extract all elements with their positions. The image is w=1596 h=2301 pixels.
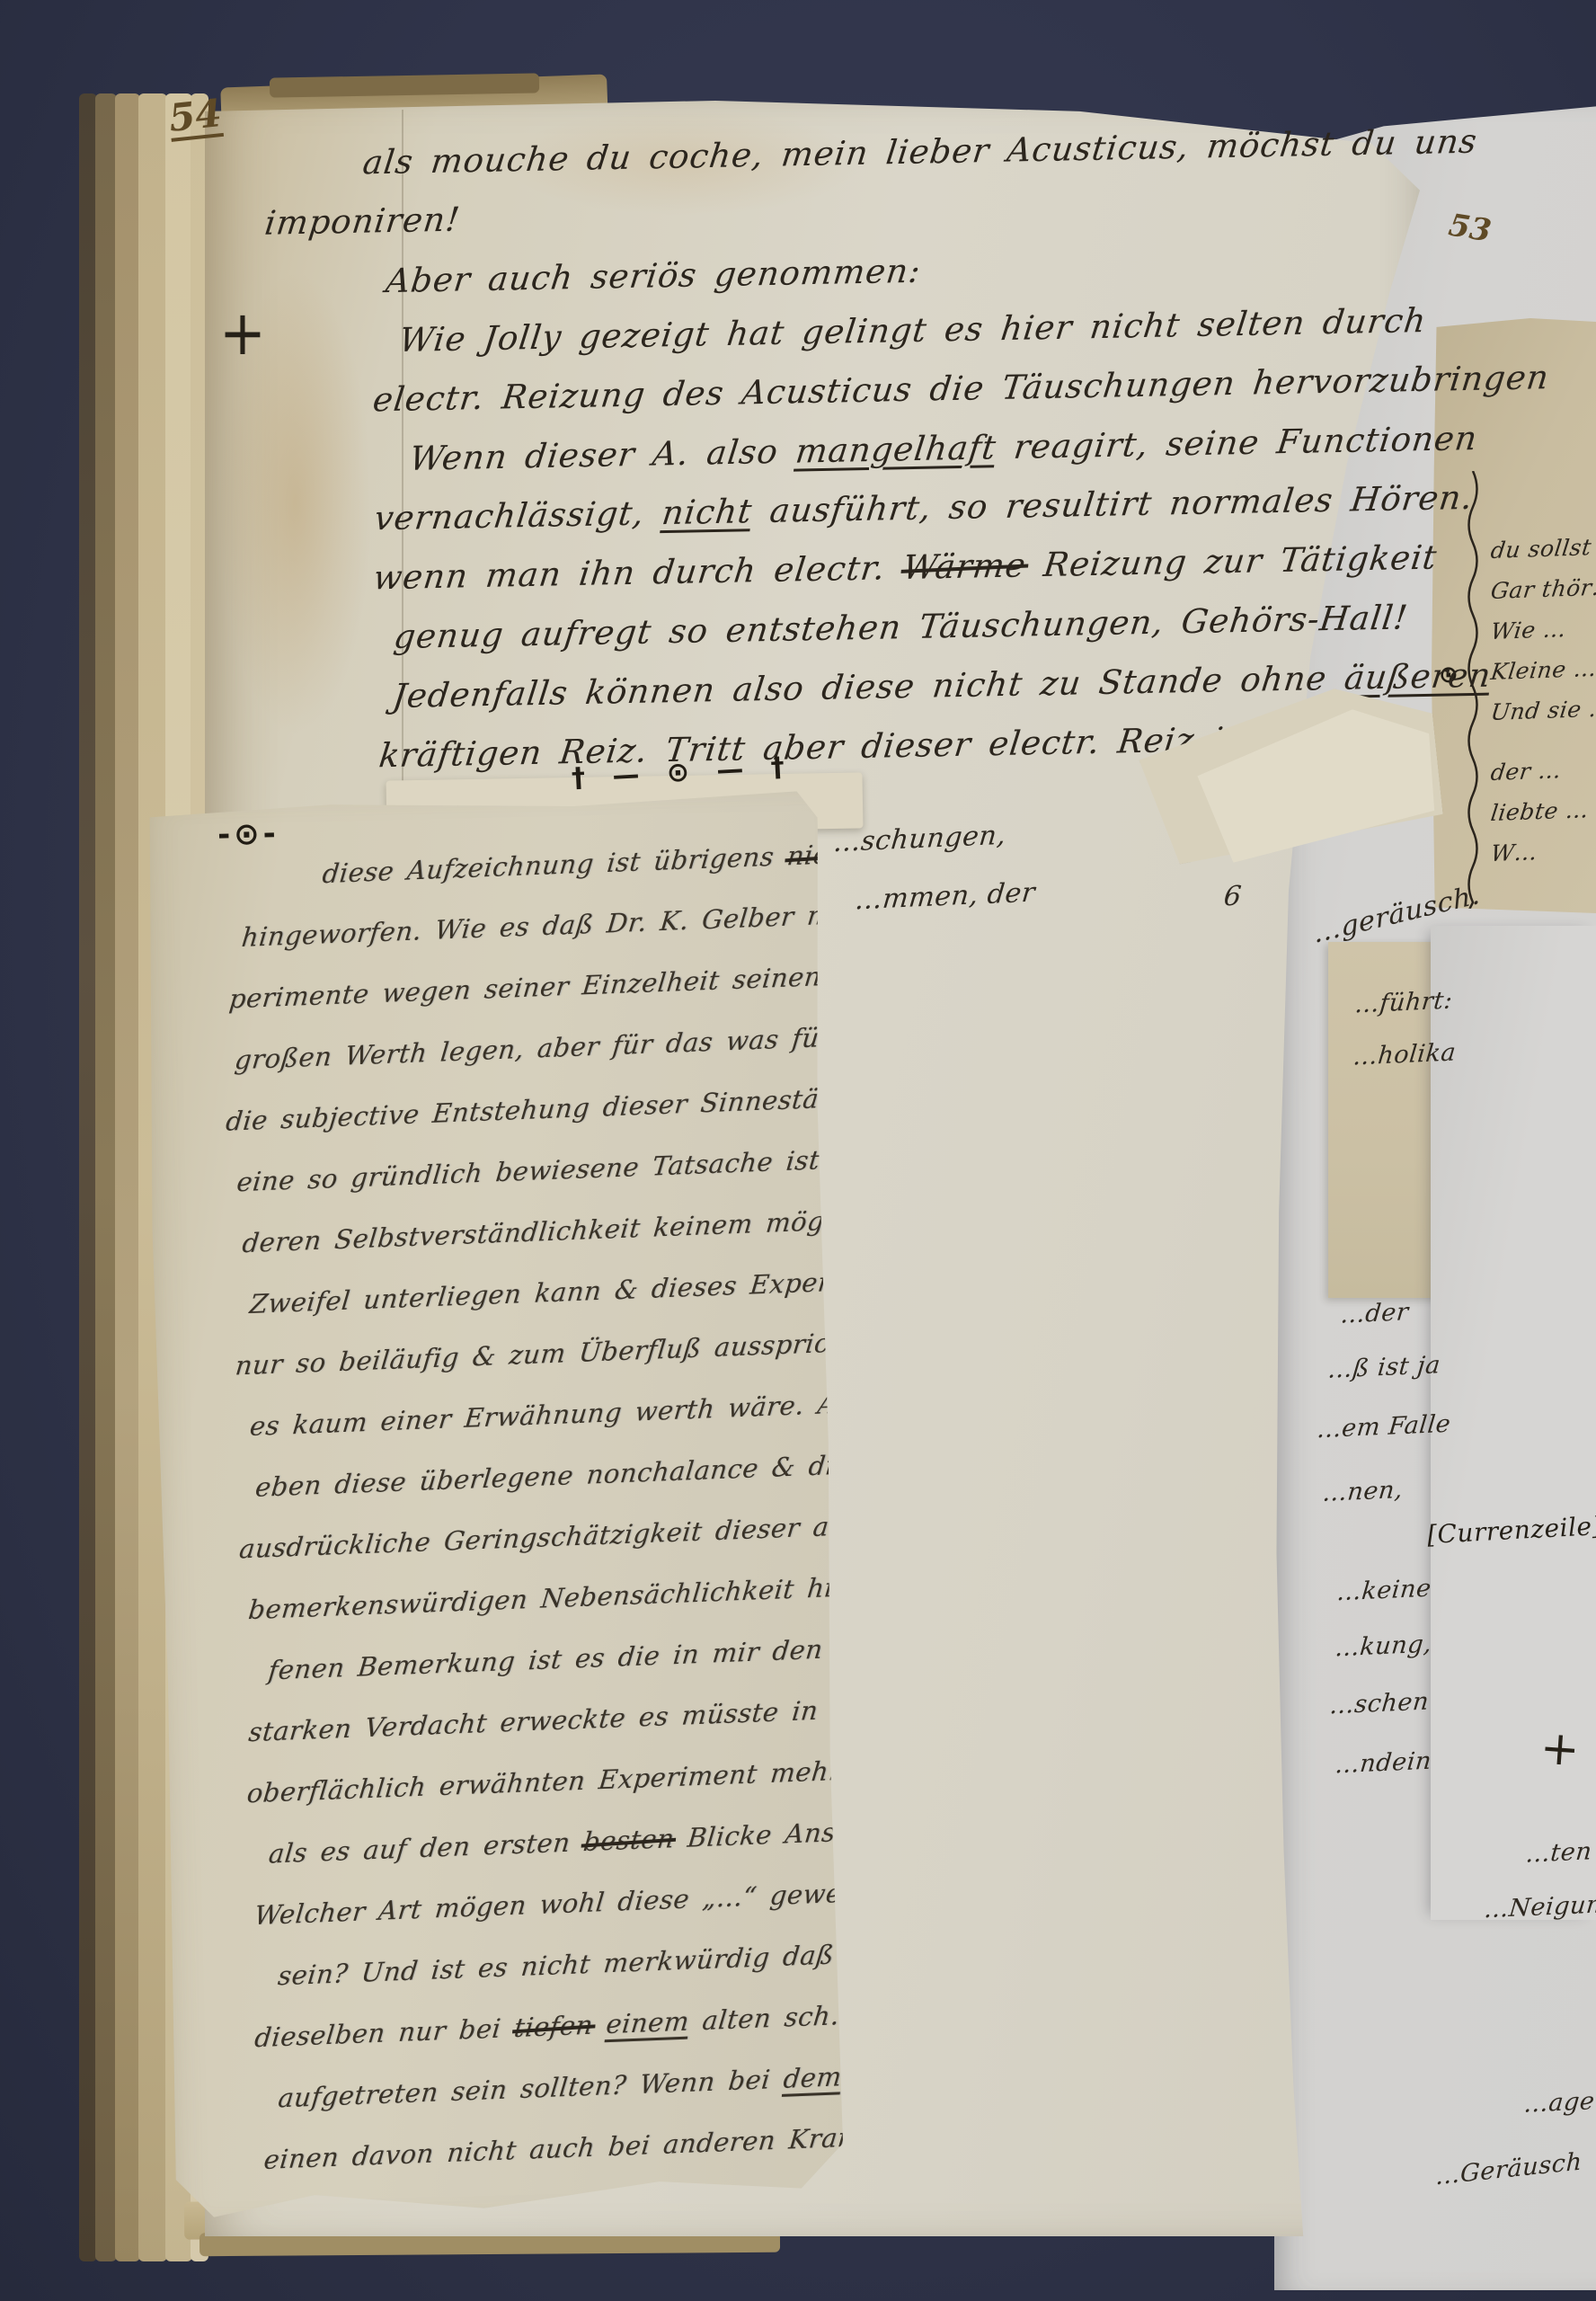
underlined-word: mangelhaft bbox=[794, 428, 998, 470]
struck-word: tiefen bbox=[512, 2010, 594, 2043]
pasted-verse-slip: ⊙ du sollst …Gar thör…Wie …Kleine …Und s… bbox=[1432, 318, 1596, 913]
word-run: wenn man ihn durch electr. bbox=[371, 548, 906, 597]
word-run: imponiren! bbox=[262, 200, 462, 243]
verse-line: Kleine … bbox=[1488, 647, 1596, 692]
word-run: perimente wegen seiner Einzelheit seinen bbox=[227, 961, 822, 1014]
text-fragment: …der bbox=[1339, 1298, 1410, 1328]
photo-backdrop: 53 ⊙ du sollst …Gar thör…Wie …Kleine …Un… bbox=[0, 0, 1596, 2301]
word-run: großen Werth legen, aber für das was für… bbox=[234, 1019, 891, 1075]
text-fragment: …nen, bbox=[1321, 1476, 1404, 1507]
word-run: einen davon nicht auch bei anderen Krank… bbox=[262, 2119, 906, 2174]
insert-handwriting: diese Aufzeichnung ist übrigens nicht nu… bbox=[216, 829, 833, 2190]
verse-line: W… bbox=[1488, 829, 1596, 874]
word-run: Aber auch seriös genommen: bbox=[384, 252, 923, 300]
text-fragment: …schen bbox=[1328, 1688, 1430, 1720]
word-run: Reizung zur Tätigkeit bbox=[1024, 538, 1440, 585]
main-page-handwriting: als mouche du coche, mein lieber Acustic… bbox=[262, 120, 1412, 786]
margin-cross-mark: + bbox=[219, 303, 266, 364]
text-fragment: …führt: bbox=[1353, 987, 1454, 1019]
verse-line: Und sie … bbox=[1488, 688, 1596, 733]
word-run: electr. Reizung des Acusticus die Täusch… bbox=[371, 358, 1552, 419]
verse-line: du sollst … bbox=[1488, 526, 1596, 571]
page-edge-strip bbox=[79, 93, 97, 2261]
word-run: diese Aufzeichnung ist übrigens bbox=[321, 840, 789, 889]
page-number-left: 54 bbox=[167, 91, 224, 140]
word-run: eben diese überlegene nonchalance & die bbox=[254, 1449, 853, 1503]
underlined-word: einem bbox=[605, 2006, 691, 2040]
verse-line: der … bbox=[1488, 748, 1596, 793]
text-fragment: …ndein bbox=[1334, 1747, 1432, 1780]
word-run: Wie Jolly gezeigt hat gelingt es hier ni… bbox=[397, 301, 1429, 360]
word-run: Welcher Art mögen wohl diese „…“ gewesen bbox=[253, 1876, 890, 1931]
verse-line: liebte … bbox=[1488, 788, 1596, 833]
text-fragment: …Neigung bbox=[1483, 1890, 1596, 1923]
text-fragment: …holika bbox=[1352, 1039, 1457, 1071]
word-run: Jedenfalls können also diese nicht zu St… bbox=[391, 659, 1347, 715]
word-run: eine so gründlich bewiesene Tatsache ist… bbox=[235, 1142, 904, 1198]
word-run: dieselben nur bei bbox=[253, 2012, 516, 2053]
struck-word: besten bbox=[582, 1823, 677, 1857]
underlined-word: äußeren bbox=[1343, 656, 1494, 697]
word-run: Zweifel unterliegen kann & dieses Experi… bbox=[248, 1264, 910, 1319]
text-fragment: …kung, bbox=[1334, 1630, 1433, 1663]
word-run: reagirt, seine Functionen bbox=[994, 419, 1479, 466]
text-fragment: …age bbox=[1522, 2087, 1596, 2118]
word-run: alten sch… bbox=[687, 1999, 858, 2036]
text-fragment: 6 bbox=[1222, 881, 1243, 913]
word-run: genug aufregt so entstehen Täuschungen, … bbox=[392, 598, 1410, 656]
word-run: deren Selbstverständlichkeit keinem mögl… bbox=[241, 1203, 909, 1259]
text-fragment: …ten bbox=[1524, 1837, 1593, 1868]
page-edge-strip bbox=[95, 93, 117, 2261]
word-run: starken Verdacht erweckte es müsste in d… bbox=[247, 1691, 929, 1747]
word-run: sein? Und ist es nicht merkwürdig daß bbox=[277, 1939, 836, 1991]
word-run: Wenn dieser A. also bbox=[407, 432, 798, 478]
verse-lines: du sollst …Gar thör…Wie …Kleine …Und sie… bbox=[1491, 530, 1596, 874]
text-fragment: …keine bbox=[1335, 1575, 1432, 1607]
word-run: vernachlässigt, bbox=[372, 493, 664, 537]
text-fragment: …em Falle bbox=[1316, 1410, 1452, 1444]
underlined-word: dem bbox=[782, 2061, 843, 2094]
underlined-word: nicht bbox=[660, 492, 754, 532]
word-run: ausführt, so resultirt normales Hören. bbox=[749, 478, 1475, 530]
text-fragment: …ß ist ja bbox=[1326, 1351, 1441, 1383]
word-run: es kaum einer Erwähnung werth wäre. Aber bbox=[248, 1387, 884, 1442]
word-run: fenen Bemerkung ist es die in mir den bbox=[267, 1634, 824, 1686]
verse-line: Gar thör… bbox=[1488, 566, 1596, 611]
inserted-sheet: -⊙- diese Aufzeichnung ist übrigens nich… bbox=[141, 791, 849, 2223]
struck-word: Wärme bbox=[900, 546, 1028, 587]
page-edge-strip bbox=[115, 93, 140, 2261]
page-number-right: 53 bbox=[1446, 208, 1494, 250]
word-run: aufgetreten sein sollten? Wenn bei bbox=[277, 2064, 785, 2114]
margin-cross-mark: + bbox=[1538, 1725, 1581, 1774]
verse-line: Wie … bbox=[1488, 607, 1596, 652]
wavy-bracket-line bbox=[1459, 471, 1485, 920]
word-run: als es auf den ersten bbox=[267, 1826, 585, 1870]
